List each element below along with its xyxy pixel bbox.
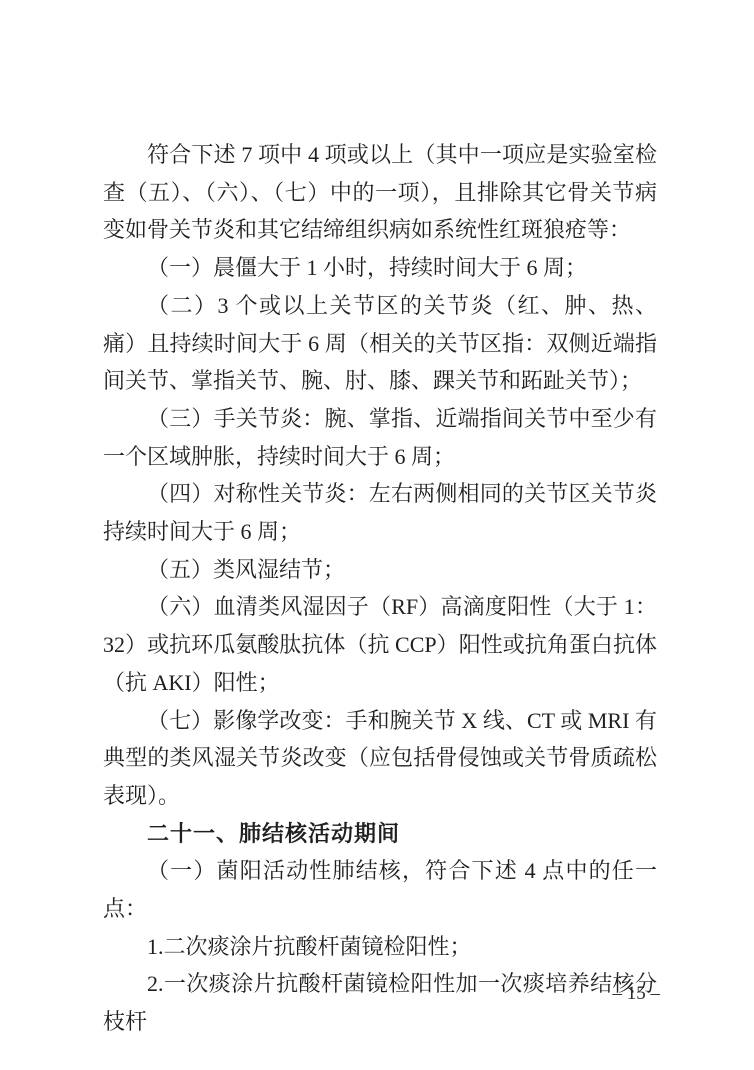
paragraph: 符合下述 7 项中 4 项或以上（其中一项应是实验室检查（五）、（六）、（七）中… [103,136,657,249]
section-heading: 二十一、肺结核活动期间 [103,815,657,853]
paragraph: 2.一次痰涂片抗酸杆菌镜检阳性加一次痰培养结核分枝杆 [103,965,657,1040]
paragraph: （一）菌阳活动性肺结核，符合下述 4 点中的任一点： [103,852,657,927]
paragraph: （七）影像学改变：手和腕关节 X 线、CT 或 MRI 有典型的类风湿关节炎改变… [103,702,657,815]
paragraph: （一）晨僵大于 1 小时，持续时间大于 6 周； [103,249,657,287]
document-body: 符合下述 7 项中 4 项或以上（其中一项应是实验室检查（五）、（六）、（七）中… [103,136,657,1041]
paragraph: （三）手关节炎：腕、掌指、近端指间关节中至少有一个区域肿胀，持续时间大于 6 周… [103,400,657,475]
paragraph: （五）类风湿结节； [103,551,657,589]
paragraph: （六）血清类风湿因子（RF）高滴度阳性（大于 1：32）或抗环瓜氨酸肽抗体（抗 … [103,588,657,701]
paragraph: （四）对称性关节炎：左右两侧相同的关节区关节炎持续时间大于 6 周； [103,475,657,550]
paragraph: （二）3 个或以上关节区的关节炎（红、肿、热、痛）且持续时间大于 6 周（相关的… [103,287,657,400]
paragraph: 1.二次痰涂片抗酸杆菌镜检阳性； [103,928,657,966]
document-page: 符合下述 7 项中 4 项或以上（其中一项应是实验室检查（五）、（六）、（七）中… [0,0,754,1070]
page-number: – 15 – [613,983,661,1005]
